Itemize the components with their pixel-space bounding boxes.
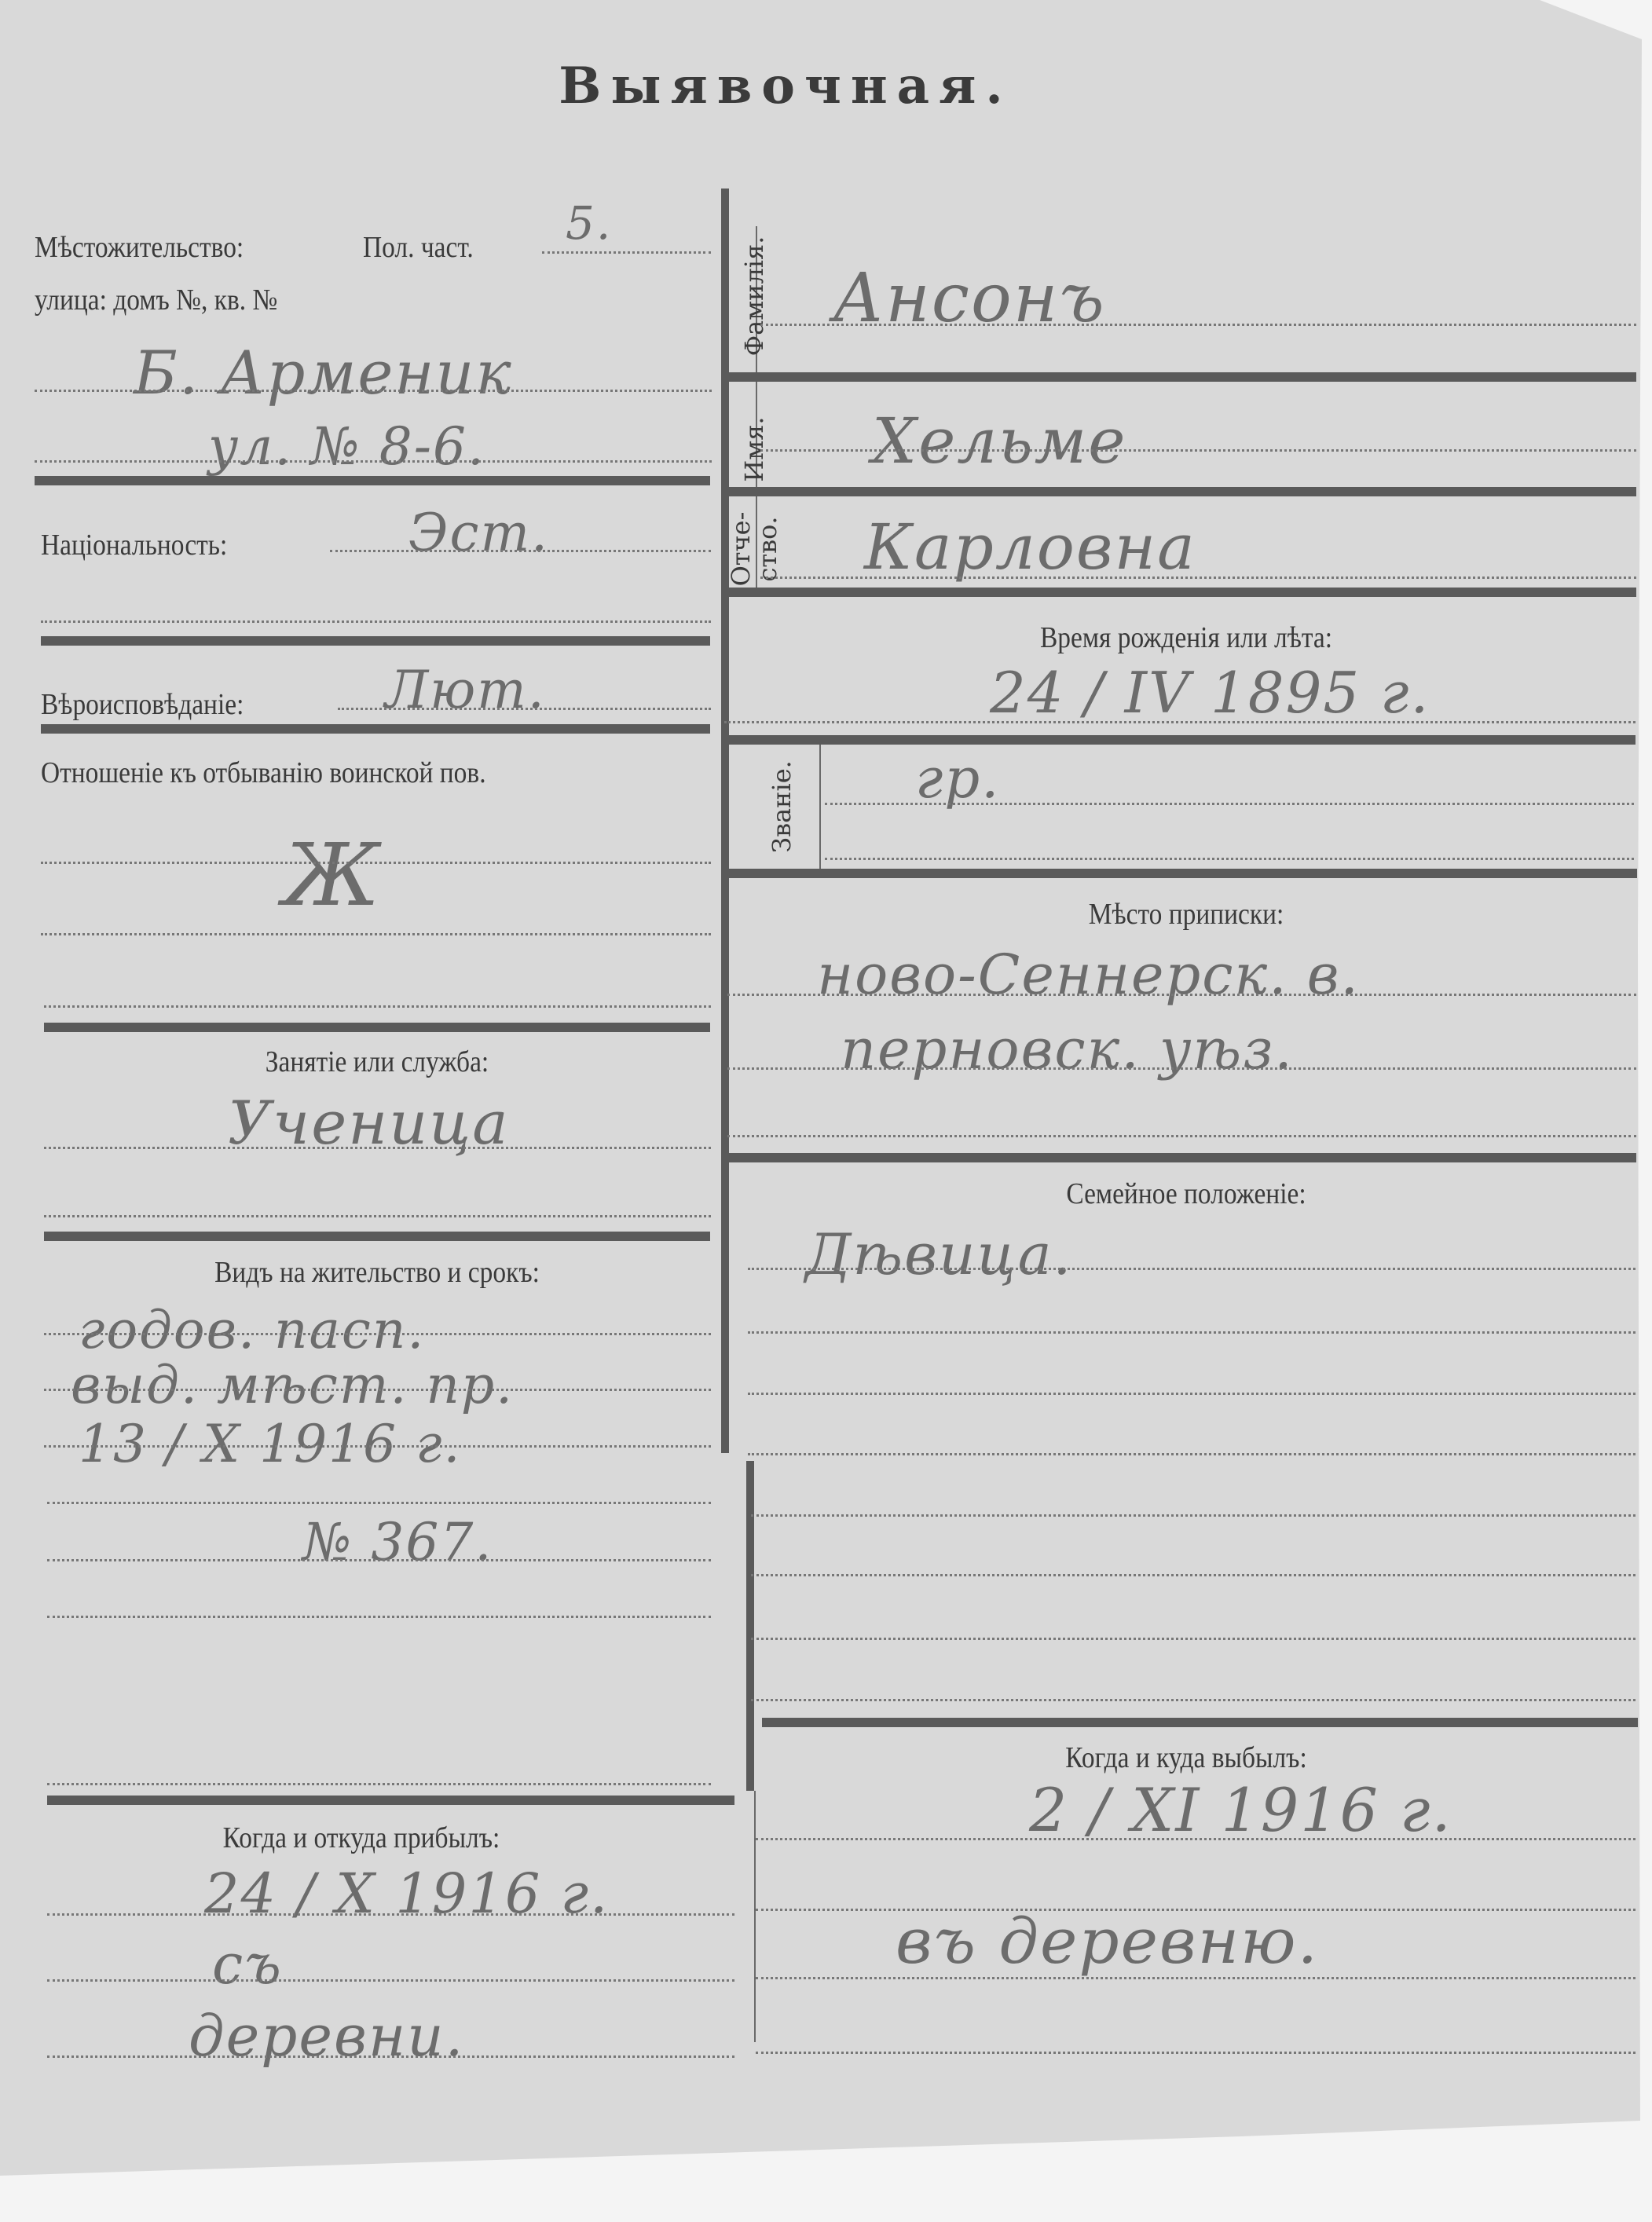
divider (44, 1232, 710, 1241)
street-value-line1: Б. Арменик (134, 338, 513, 408)
military-value: Ж (283, 825, 382, 925)
registration-rule-2 (727, 1067, 1636, 1070)
arrived-line-3: деревни. (189, 2003, 465, 2069)
departed-rule-1 (756, 1838, 1636, 1840)
rank-label: Званіе. (768, 760, 795, 854)
permit-rule-6 (47, 1616, 711, 1618)
permit-rule-7 (47, 1783, 711, 1785)
permit-rule-5 (47, 1559, 711, 1561)
religion-value: Лют. (385, 660, 546, 720)
rank-label-divider (819, 745, 821, 872)
district-line (542, 251, 711, 254)
center-divider-tail (754, 1791, 756, 2042)
birth-line (724, 721, 1636, 723)
registration-line-1: ново-Сеннерск. в. (817, 943, 1360, 1007)
nationality-line-1 (330, 550, 711, 552)
registration-label: Мѣсто приписки: (789, 897, 1584, 932)
form-title: Выявочная. (471, 57, 1100, 115)
residence-permit-line-3: 13 / X 1916 г. (79, 1414, 461, 1474)
family-rule-2 (748, 1331, 1636, 1334)
district-label: Пол. част. (363, 230, 474, 265)
divider (41, 724, 710, 734)
divider (726, 869, 1637, 878)
family-value: Дѣвица. (805, 1221, 1072, 1287)
name-value: Хельме (872, 404, 1126, 478)
divider (762, 1718, 1638, 1727)
religion-label: Вѣроисповѣданіе: (41, 687, 244, 722)
street-line-2 (35, 460, 712, 463)
center-divider-lower (746, 1461, 754, 1791)
arrived-line-1: 24 / X 1916 г. (204, 1861, 609, 1926)
occupation-line-2 (44, 1215, 711, 1217)
military-line-2 (41, 933, 711, 935)
name-line (760, 449, 1636, 452)
residence-permit-line-1: годов. пасп. (79, 1300, 425, 1360)
military-line-3 (44, 1005, 711, 1008)
occupation-line-1 (44, 1147, 711, 1149)
arrived-label: Когда и откуда прибылъ: (85, 1821, 638, 1855)
residence-label: Мѣстожительство: (35, 230, 244, 265)
family-rule-6 (751, 1574, 1636, 1576)
family-rule-5 (751, 1514, 1636, 1517)
arrived-rule-2 (47, 1979, 734, 1982)
birth-value: 24 / IV 1895 г. (990, 660, 1430, 726)
religion-line (338, 708, 711, 710)
arrived-rule-1 (47, 1913, 734, 1916)
arrived-line-2: съ (212, 1932, 283, 1997)
street-value-line2: ул. № 8-6. (208, 416, 485, 477)
departed-rule-4 (756, 2052, 1636, 2054)
patronymic-value: Карловна (864, 511, 1196, 584)
occupation-label: Занятіе или служба: (84, 1045, 670, 1079)
rank-value: гр. (915, 746, 1000, 811)
departed-line-1: 2 / XI 1916 г. (1029, 1775, 1452, 1845)
permit-rule-4 (47, 1502, 711, 1504)
nationality-line-2 (41, 620, 711, 623)
family-rule-1 (748, 1268, 1636, 1270)
divider (724, 735, 1636, 745)
permit-rule-1 (44, 1333, 711, 1335)
family-rule-8 (751, 1699, 1636, 1701)
surname-line (760, 324, 1636, 326)
departed-rule-2 (756, 1909, 1636, 1911)
registration-rule-1 (727, 994, 1636, 996)
birth-label: Время рожденія или лѣта: (789, 620, 1584, 655)
patronymic-label: Отче- ство. (727, 498, 781, 600)
departed-label: Когда и куда выбылъ: (799, 1741, 1573, 1775)
surname-label: Фамилія. (741, 218, 767, 375)
divider (721, 588, 1636, 597)
patronymic-line (760, 577, 1636, 579)
permit-rule-2 (44, 1389, 711, 1391)
departed-rule-3 (756, 1977, 1636, 1979)
residence-permit-line-2: выд. мѣст. пр. (71, 1355, 514, 1415)
district-value: 5. (566, 196, 612, 250)
departed-line-2: въ деревню. (896, 1905, 1319, 1978)
residence-permit-line-4: № 367. (302, 1512, 493, 1572)
military-label: Отношеніе къ отбыванію воинской пов. (41, 756, 486, 790)
divider (35, 476, 710, 485)
family-rule-7 (751, 1638, 1636, 1640)
registration-rule-3 (727, 1135, 1636, 1137)
divider (41, 636, 710, 646)
divider (721, 487, 1636, 496)
divider (729, 1153, 1636, 1162)
arrived-rule-3 (47, 2055, 734, 2058)
family-rule-4 (748, 1453, 1636, 1455)
military-line-1 (41, 862, 711, 864)
family-rule-3 (748, 1393, 1636, 1395)
divider (721, 372, 1636, 382)
permit-rule-3 (44, 1445, 711, 1448)
registration-line-2: перновск. уѣз. (841, 1017, 1294, 1082)
rank-line-1 (825, 803, 1634, 805)
residence-permit-label: Видъ на жительство и срокъ: (84, 1255, 670, 1290)
family-label: Семейное положеніе: (789, 1177, 1584, 1211)
rank-line-2 (825, 858, 1634, 860)
nationality-label: Національность: (41, 528, 227, 562)
divider (44, 1023, 710, 1032)
surname-value: Ансонъ (833, 259, 1106, 338)
nationality-value: Эст. (408, 503, 549, 563)
street-label: улица: домъ №, кв. № (35, 283, 277, 317)
street-line-1 (35, 390, 712, 392)
divider (47, 1796, 734, 1805)
